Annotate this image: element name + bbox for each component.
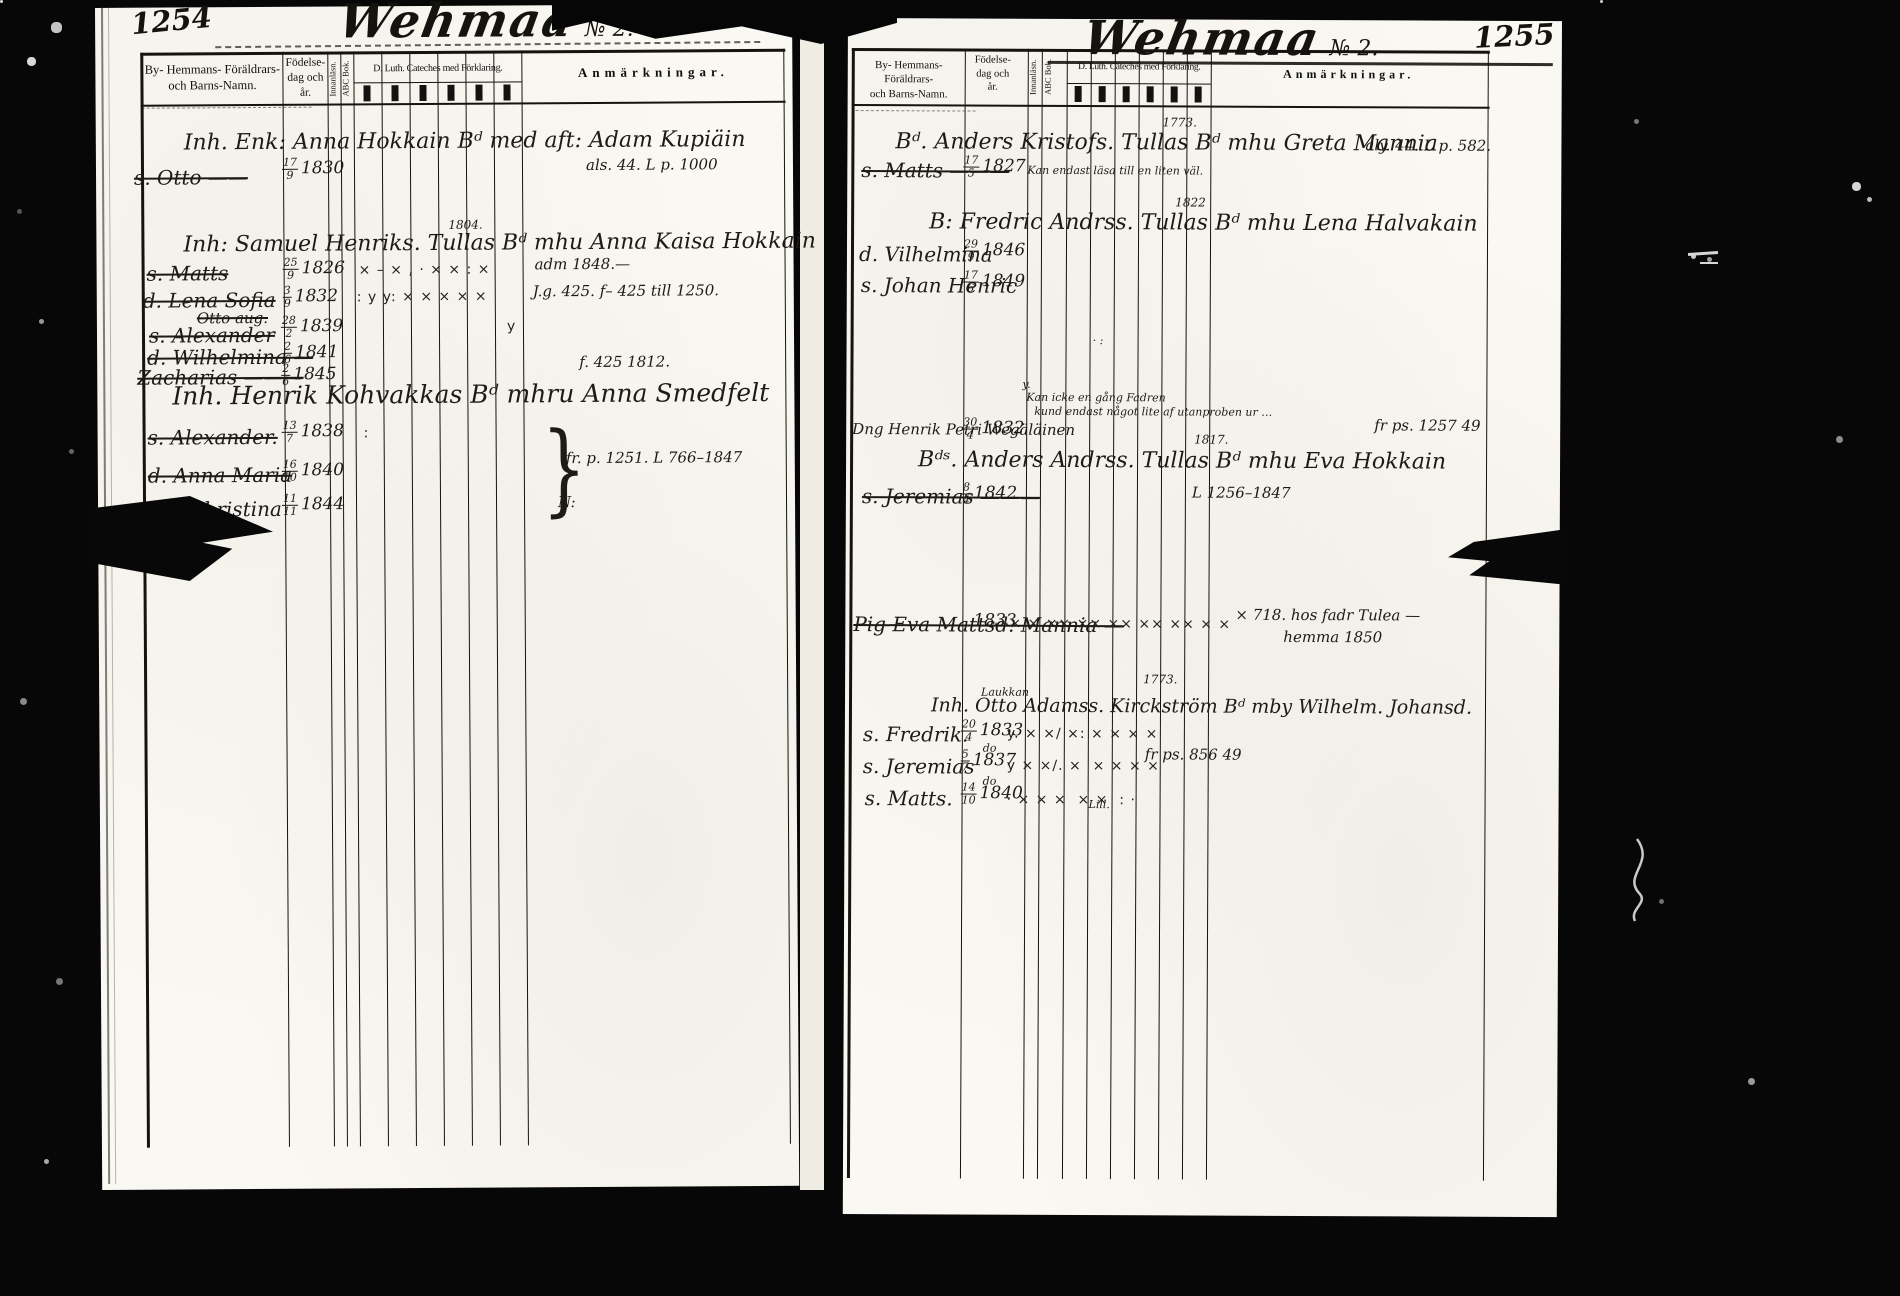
date-fraction: 282 xyxy=(281,315,297,339)
column-header-birth-line2: dag och xyxy=(966,67,1020,81)
remark-note: fr. p. 1251. L 766–1847 xyxy=(566,450,743,467)
catechism-col-number: 3 xyxy=(1123,86,1130,102)
catechism-col-number: 4 xyxy=(447,85,454,101)
child-entry: s. Matts xyxy=(147,263,229,284)
date-fraction: 1610 xyxy=(282,459,298,483)
margin-note: Kan endast läsa till en liten väl. xyxy=(1027,165,1203,177)
date-year: 1826 xyxy=(302,258,345,278)
date-fraction: 204 xyxy=(961,718,977,742)
child-entry: s. Matts. xyxy=(865,788,953,809)
date-fraction: 137 xyxy=(282,420,298,444)
date-year: 1849 xyxy=(982,271,1025,291)
title-number: № 2. xyxy=(1329,36,1378,61)
birth-date: 3041832 xyxy=(962,417,1024,441)
date-fraction: 299 xyxy=(963,239,979,263)
catechism-marks: × × ×× ×× ×× ×× ×× × × xyxy=(1009,617,1231,633)
grid-vline xyxy=(353,51,361,1146)
grid-vline xyxy=(409,51,417,1146)
date-fraction: 57 xyxy=(961,748,970,772)
catechism-marks: · × × × × × : · xyxy=(1007,793,1136,808)
date-fraction: 259 xyxy=(283,257,299,281)
page-gutter xyxy=(800,12,824,1190)
date-year: 1827 xyxy=(982,156,1025,176)
date-year: 1844 xyxy=(301,494,344,514)
margin-note: Lill. xyxy=(1089,799,1110,811)
family-entry: Inh. Enk: Anna Hokkain Bᵈ med aft: Adam … xyxy=(184,128,746,155)
book-scan: 1254 Wehmaa№ 2. By- Hemmans- Föräldrars-… xyxy=(0,0,1900,1296)
catechism-marks: × – × , · × × : × xyxy=(359,263,491,278)
remark-note: hemma 1850 xyxy=(1283,630,1382,646)
scan-artifact-dashes xyxy=(856,110,976,112)
right-page-number: 1255 xyxy=(1473,17,1555,55)
right-page: 1255 Wehmaa№ 2. By- Hemmans- Föräldrars-… xyxy=(843,18,1562,1217)
year-superscript: 1804. xyxy=(448,219,482,232)
date-fraction: 1410 xyxy=(961,781,977,805)
child-entry: s. Alexander xyxy=(149,325,275,347)
column-header-abc: ABC Bok. xyxy=(341,53,353,103)
date-year: 1839 xyxy=(300,316,343,336)
child-entry: s. Fredrik. xyxy=(863,724,969,745)
left-page-number: 1254 xyxy=(130,0,214,41)
child-entry: s. Alexander. xyxy=(148,427,278,449)
date-fraction: 176 xyxy=(963,270,979,294)
remark-note: als. 44. L p. 1000 xyxy=(586,157,718,174)
child-entry: d. Anna Maria xyxy=(148,465,292,487)
remark-note: N: xyxy=(558,495,576,511)
grid-vline xyxy=(340,51,348,1146)
catechism-marks: y. × ×/ ×: × × × × xyxy=(1007,727,1159,742)
column-header-names: By- Hemmans- Föräldrars- och Barns-Namn. xyxy=(854,58,964,101)
catechism-col-number: 4 xyxy=(1147,86,1154,102)
column-header-names-line1: By- Hemmans- Föräldrars- xyxy=(143,61,281,78)
grid-vline xyxy=(783,49,791,1144)
column-header-birth: Födelse- dag och år. xyxy=(966,54,1020,95)
column-header-abc: ABC Bok. xyxy=(1044,51,1064,103)
catechism-col-number: 1 xyxy=(1075,86,1082,102)
catechism-col-number: 2 xyxy=(391,85,398,101)
grid-vline xyxy=(282,52,290,1147)
year-superscript: 1773. xyxy=(1163,116,1197,129)
family-entry: Inh: Samuel Henriks. Tullas Bᵈ mhu Anna … xyxy=(183,230,816,257)
column-header-remarks: Anmärkningar. xyxy=(1213,67,1485,84)
date-year: 1846 xyxy=(982,240,1025,260)
birth-date: 2821839 xyxy=(281,314,343,338)
scan-artifact-streak xyxy=(108,8,116,1184)
column-header-names-line1: By- Hemmans- Föräldrars- xyxy=(854,58,964,87)
column-header-names: By- Hemmans- Föräldrars- och Barns-Namn. xyxy=(143,61,281,94)
column-header-names-line2: och Barns-Namn. xyxy=(143,77,281,94)
catechism-col-number: 3 xyxy=(419,85,426,101)
scan-artifact-scratch xyxy=(1688,251,1718,256)
column-header-birth-line1: Födelse- xyxy=(966,54,1020,68)
grid-vline xyxy=(465,51,473,1146)
family-entry: Inh. Henrik Kohvakkas Bᵈ mhru Anna Smedf… xyxy=(172,380,769,410)
date-fraction: 84 xyxy=(962,482,971,506)
column-header-reading: Innanläsn. xyxy=(1029,51,1041,103)
date-year: 1832 xyxy=(981,418,1024,438)
catechism-col-number: 6 xyxy=(1195,87,1202,103)
family-entry: Bᵈˢ. Anders Andrss. Tullas Bᵈ mhu Eva Ho… xyxy=(918,448,1446,473)
grid-hline-headerbottom xyxy=(141,101,786,107)
title-text: Wehmaa xyxy=(334,0,579,50)
catechism-col-number: 5 xyxy=(1171,86,1178,102)
date-fraction: 304 xyxy=(962,417,978,441)
margin-note: Kan icke en gång Fadren xyxy=(1026,392,1165,404)
scan-artifact-dashes xyxy=(142,107,312,109)
column-header-birth-line3: år. xyxy=(966,81,1020,95)
birth-date: 261841 xyxy=(283,341,338,365)
birth-date: 11111844 xyxy=(282,492,344,516)
catechism-col-number: 2 xyxy=(1099,86,1106,102)
birth-date: 2991846 xyxy=(963,239,1025,263)
family-entry: B: Fredric Andrss. Tullas Bᵈ mhu Lena Ha… xyxy=(929,210,1478,235)
grid-vline xyxy=(521,50,529,1145)
column-header-names-line2: och Barns-Namn. xyxy=(854,87,964,102)
grid-vline xyxy=(437,51,445,1146)
margin-note: do xyxy=(983,743,997,755)
margin-note: y. xyxy=(1022,379,1030,391)
birth-date: 391832 xyxy=(283,285,338,309)
column-header-reading: Innanläsn. xyxy=(328,54,340,104)
year-superscript: 1817. xyxy=(1194,434,1228,447)
catechism-col-number: 1 xyxy=(363,85,370,101)
date-year: 1842 xyxy=(974,483,1017,503)
catechism-marks: : y y: × × × × × xyxy=(357,290,488,305)
margin-note: do xyxy=(983,776,997,788)
scan-artifact-scratch xyxy=(1700,262,1718,264)
birth-date: 1761849 xyxy=(963,270,1025,294)
birth-date: 1371838 xyxy=(282,419,344,443)
catechism-col-number: 5 xyxy=(475,85,482,101)
catechism-marks: y × ×/. × × × × × xyxy=(1007,759,1160,774)
remark-note: aly. 44. L p. 582. xyxy=(1365,138,1491,154)
column-header-birth-line3: år. xyxy=(283,85,327,100)
right-page-title: Wehmaa№ 2. xyxy=(1084,11,1379,67)
remark-note: L 1256–1847 xyxy=(1192,486,1291,502)
family-entry: Bᵈ. Anders Kristofs. Tullas Bᵈ mhu Greta… xyxy=(895,130,1437,155)
column-header-catechism: D. Luth. Cateches med Förklaring. xyxy=(354,61,521,75)
remark-note: × 718. hos fadr Tulea — xyxy=(1235,608,1420,625)
date-fraction: 175 xyxy=(963,155,979,179)
margin-note: · : xyxy=(1093,335,1104,347)
margin-note: kund endast något lite af utanproben ur … xyxy=(1034,406,1272,419)
grid-hline-headerbottom xyxy=(852,104,1490,108)
birth-date: 1751827 xyxy=(963,155,1025,179)
date-fraction: 179 xyxy=(282,157,298,181)
grid-vline xyxy=(1483,51,1489,1181)
column-header-birth-line2: dag och xyxy=(283,71,327,86)
remark-note: fr ps. 856 49 xyxy=(1145,747,1242,763)
title-text: Wehmaa xyxy=(1079,11,1325,67)
margin-note: Laukkan xyxy=(981,687,1029,699)
grid-vline xyxy=(493,51,501,1146)
scan-noise-left xyxy=(0,0,3,3)
column-header-birth: Födelse- dag och år. xyxy=(283,56,327,101)
remark-note: adm 1848.— xyxy=(535,257,631,273)
child-entry: s. Otto —— xyxy=(134,167,248,189)
date-year: 1830 xyxy=(301,158,344,178)
scan-noise-right xyxy=(1600,0,1603,3)
birth-date: 16101840 xyxy=(282,458,344,482)
birth-date: 1791830 xyxy=(282,156,344,180)
grid-vline xyxy=(327,52,335,1147)
remark-note: f. 425 1812. xyxy=(579,354,670,370)
year-superscript: 1822 xyxy=(1175,196,1206,209)
column-header-remarks: Anmärkningar. xyxy=(523,64,783,82)
family-entry: Inh. Otto Adamss. Kirckström Bᵈ mby Wilh… xyxy=(931,696,1472,718)
birth-date: 841842 xyxy=(962,482,1017,506)
remark-note: fr ps. 1257 49 xyxy=(1374,418,1480,434)
scan-artifact-squiggle xyxy=(1615,835,1675,925)
grid-vline xyxy=(381,51,389,1146)
child-entry: s. Jeremias xyxy=(863,756,975,777)
grid-hline-top xyxy=(140,49,785,56)
catechism-marks: y xyxy=(507,319,516,334)
catechism-col-number: 6 xyxy=(503,84,510,100)
birth-date: 2591826 xyxy=(283,256,345,280)
date-year: 1838 xyxy=(301,421,344,441)
remark-note: J.g. 425. f– 425 till 1250. xyxy=(533,283,719,300)
date-year: 1840 xyxy=(301,460,344,480)
date-year: 1832 xyxy=(295,286,338,306)
left-page: 1254 Wehmaa№ 2. By- Hemmans- Föräldrars-… xyxy=(95,4,799,1190)
year-superscript: 1773. xyxy=(1143,673,1177,686)
grid-vline xyxy=(140,53,150,1148)
date-year: 1841 xyxy=(295,342,338,362)
column-header-birth-line1: Födelse- xyxy=(283,56,327,71)
catechism-marks: : xyxy=(364,426,370,441)
date-fraction: 39 xyxy=(283,285,292,309)
date-fraction: 1111 xyxy=(282,493,298,517)
